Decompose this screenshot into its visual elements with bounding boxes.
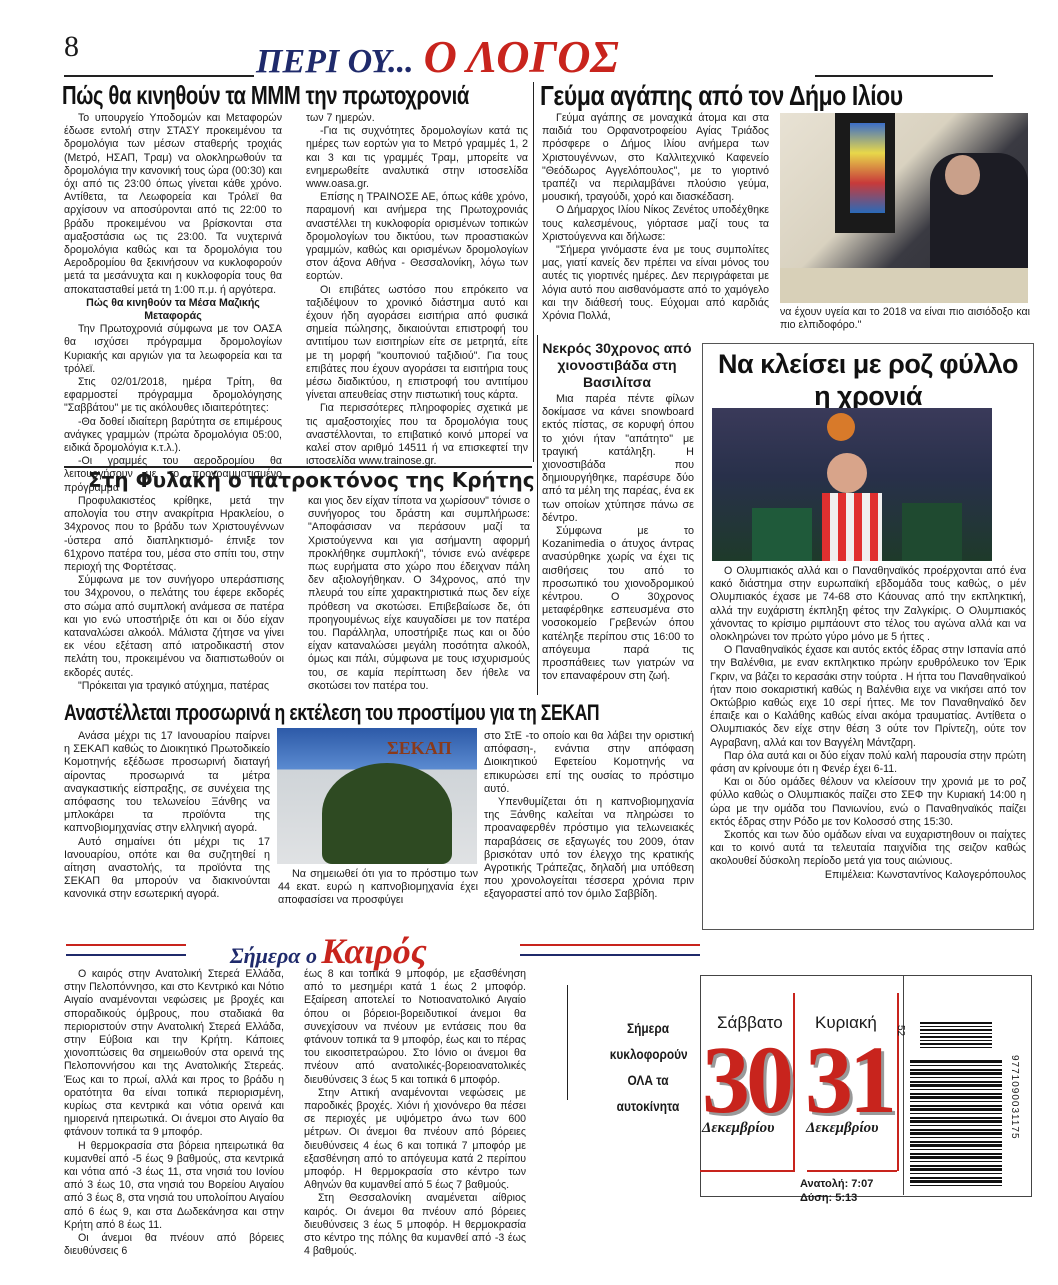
transport-col2: των 7 ημερών. -Για τις συχνότητες δρομολ…	[306, 112, 528, 468]
barcode-number: 9771090031175	[1009, 1055, 1020, 1140]
column-divider	[533, 82, 534, 462]
barcode-issue: 52	[895, 1025, 906, 1036]
masthead-left: ΠΕΡΙ ΟΥ...	[256, 43, 414, 80]
sekap-col3: στο ΣτΕ -το οποίο και θα λάβει την οριστ…	[484, 730, 694, 902]
barcode-addon	[920, 1022, 992, 1048]
weather-rule-right	[520, 944, 700, 956]
headline-basketball: Να κλείσει με ροζ φύλλο η χρονιά	[710, 348, 1026, 412]
weather-col1: Ο καιρός στην Ανατολική Στερεά Ελλάδα, σ…	[64, 968, 284, 1258]
cal-bottom-1	[700, 1170, 795, 1172]
crete-col1: Προφυλακιστέος κρίθηκε, μετά την απολογί…	[64, 495, 284, 693]
sekap-col2: Να σημειωθεί ότι για το πρόστιμο των 44 …	[278, 868, 478, 908]
traffic-divider	[567, 985, 568, 1100]
headline-sekap: Αναστέλλεται προσωρινά η εκτέλεση του πρ…	[64, 700, 599, 726]
basketball-photo	[712, 408, 992, 561]
weather-title: Σήμερα ο Καιρός	[230, 930, 427, 972]
avalanche-divider	[537, 335, 538, 695]
day1-number: 30	[702, 1035, 790, 1125]
sun-times: Ανατολή: 7:07 Δύση: 5:13	[800, 1177, 873, 1205]
day2-month: Δεκεμβρίου	[806, 1120, 878, 1137]
header-rule-left	[64, 75, 254, 77]
day2-number: 31	[805, 1035, 893, 1125]
headline-ilion: Γεύμα αγάπης από τον Δήμο Ιλίου	[540, 80, 903, 112]
sekap-col1: Ανάσα μέχρι τις 17 Ιανουαρίου παίρνει η …	[64, 730, 270, 902]
page-number: 8	[64, 30, 79, 64]
headline-transport: Πώς θα κινηθούν τα ΜΜΜ την πρωτοχρονιά	[62, 80, 469, 111]
day1-month: Δεκεμβρίου	[702, 1120, 774, 1137]
basketball-body: Ο Ολυμπιακός αλλά και ο Παναθηναϊκός προ…	[710, 565, 1026, 882]
ilion-col2: να έχουν υγεία και το 2018 να είναι πιο …	[780, 306, 1030, 332]
headline-avalanche: Νεκρός 30χρονος από χιονοστιβάδα στη Βασ…	[542, 340, 692, 391]
header-rule-right	[815, 75, 993, 77]
avalanche-body: Μια παρέα πέντε φίλων δοκίμασε να κάνει …	[542, 393, 694, 683]
traffic-box: Σήμερα κυκλοφορούν ΟΛΑ τα αυτοκίνητα	[610, 1015, 687, 1119]
barcode	[910, 1060, 1002, 1188]
headline-crete: Στη Φυλακή ο πατροκτόνος της Κρήτης	[88, 468, 535, 492]
weather-rule-left	[66, 944, 186, 956]
transport-subheading: Πώς θα κινηθούν τα Μέσα Μαζικής Μεταφορά…	[64, 297, 282, 323]
transport-col1: Το υπουργείο Υποδομών και Μεταφορών έδωσ…	[64, 112, 282, 495]
masthead-right: Ο ΛΟΓΟΣ	[424, 31, 619, 82]
weather-col2: έως 8 και τοπικά 9 μποφόρ, με εξασθένηση…	[304, 968, 526, 1258]
reception-photo	[780, 113, 1028, 303]
masthead: ΠΕΡΙ ΟΥ...Ο ΛΟΓΟΣ	[256, 30, 619, 83]
crete-col2: και γιος δεν είχαν τίποτα να χωρίσουν" τ…	[308, 495, 530, 693]
cal-divider-2	[897, 993, 899, 1171]
sekap-sign: ΣΕΚΑΠ	[387, 738, 452, 759]
ilion-col1: Γεύμα αγάπης σε μοναχικά άτομα και στα π…	[542, 112, 769, 323]
cal-bottom-2	[807, 1170, 897, 1172]
barcode-divider	[903, 975, 904, 1195]
basketball-byline: Επιμέλεια: Κωνσταντίνος Καλογερόπουλος	[710, 869, 1026, 882]
sekap-building-photo: ΣΕΚΑΠ	[277, 728, 477, 864]
cal-divider-1	[793, 993, 795, 1171]
